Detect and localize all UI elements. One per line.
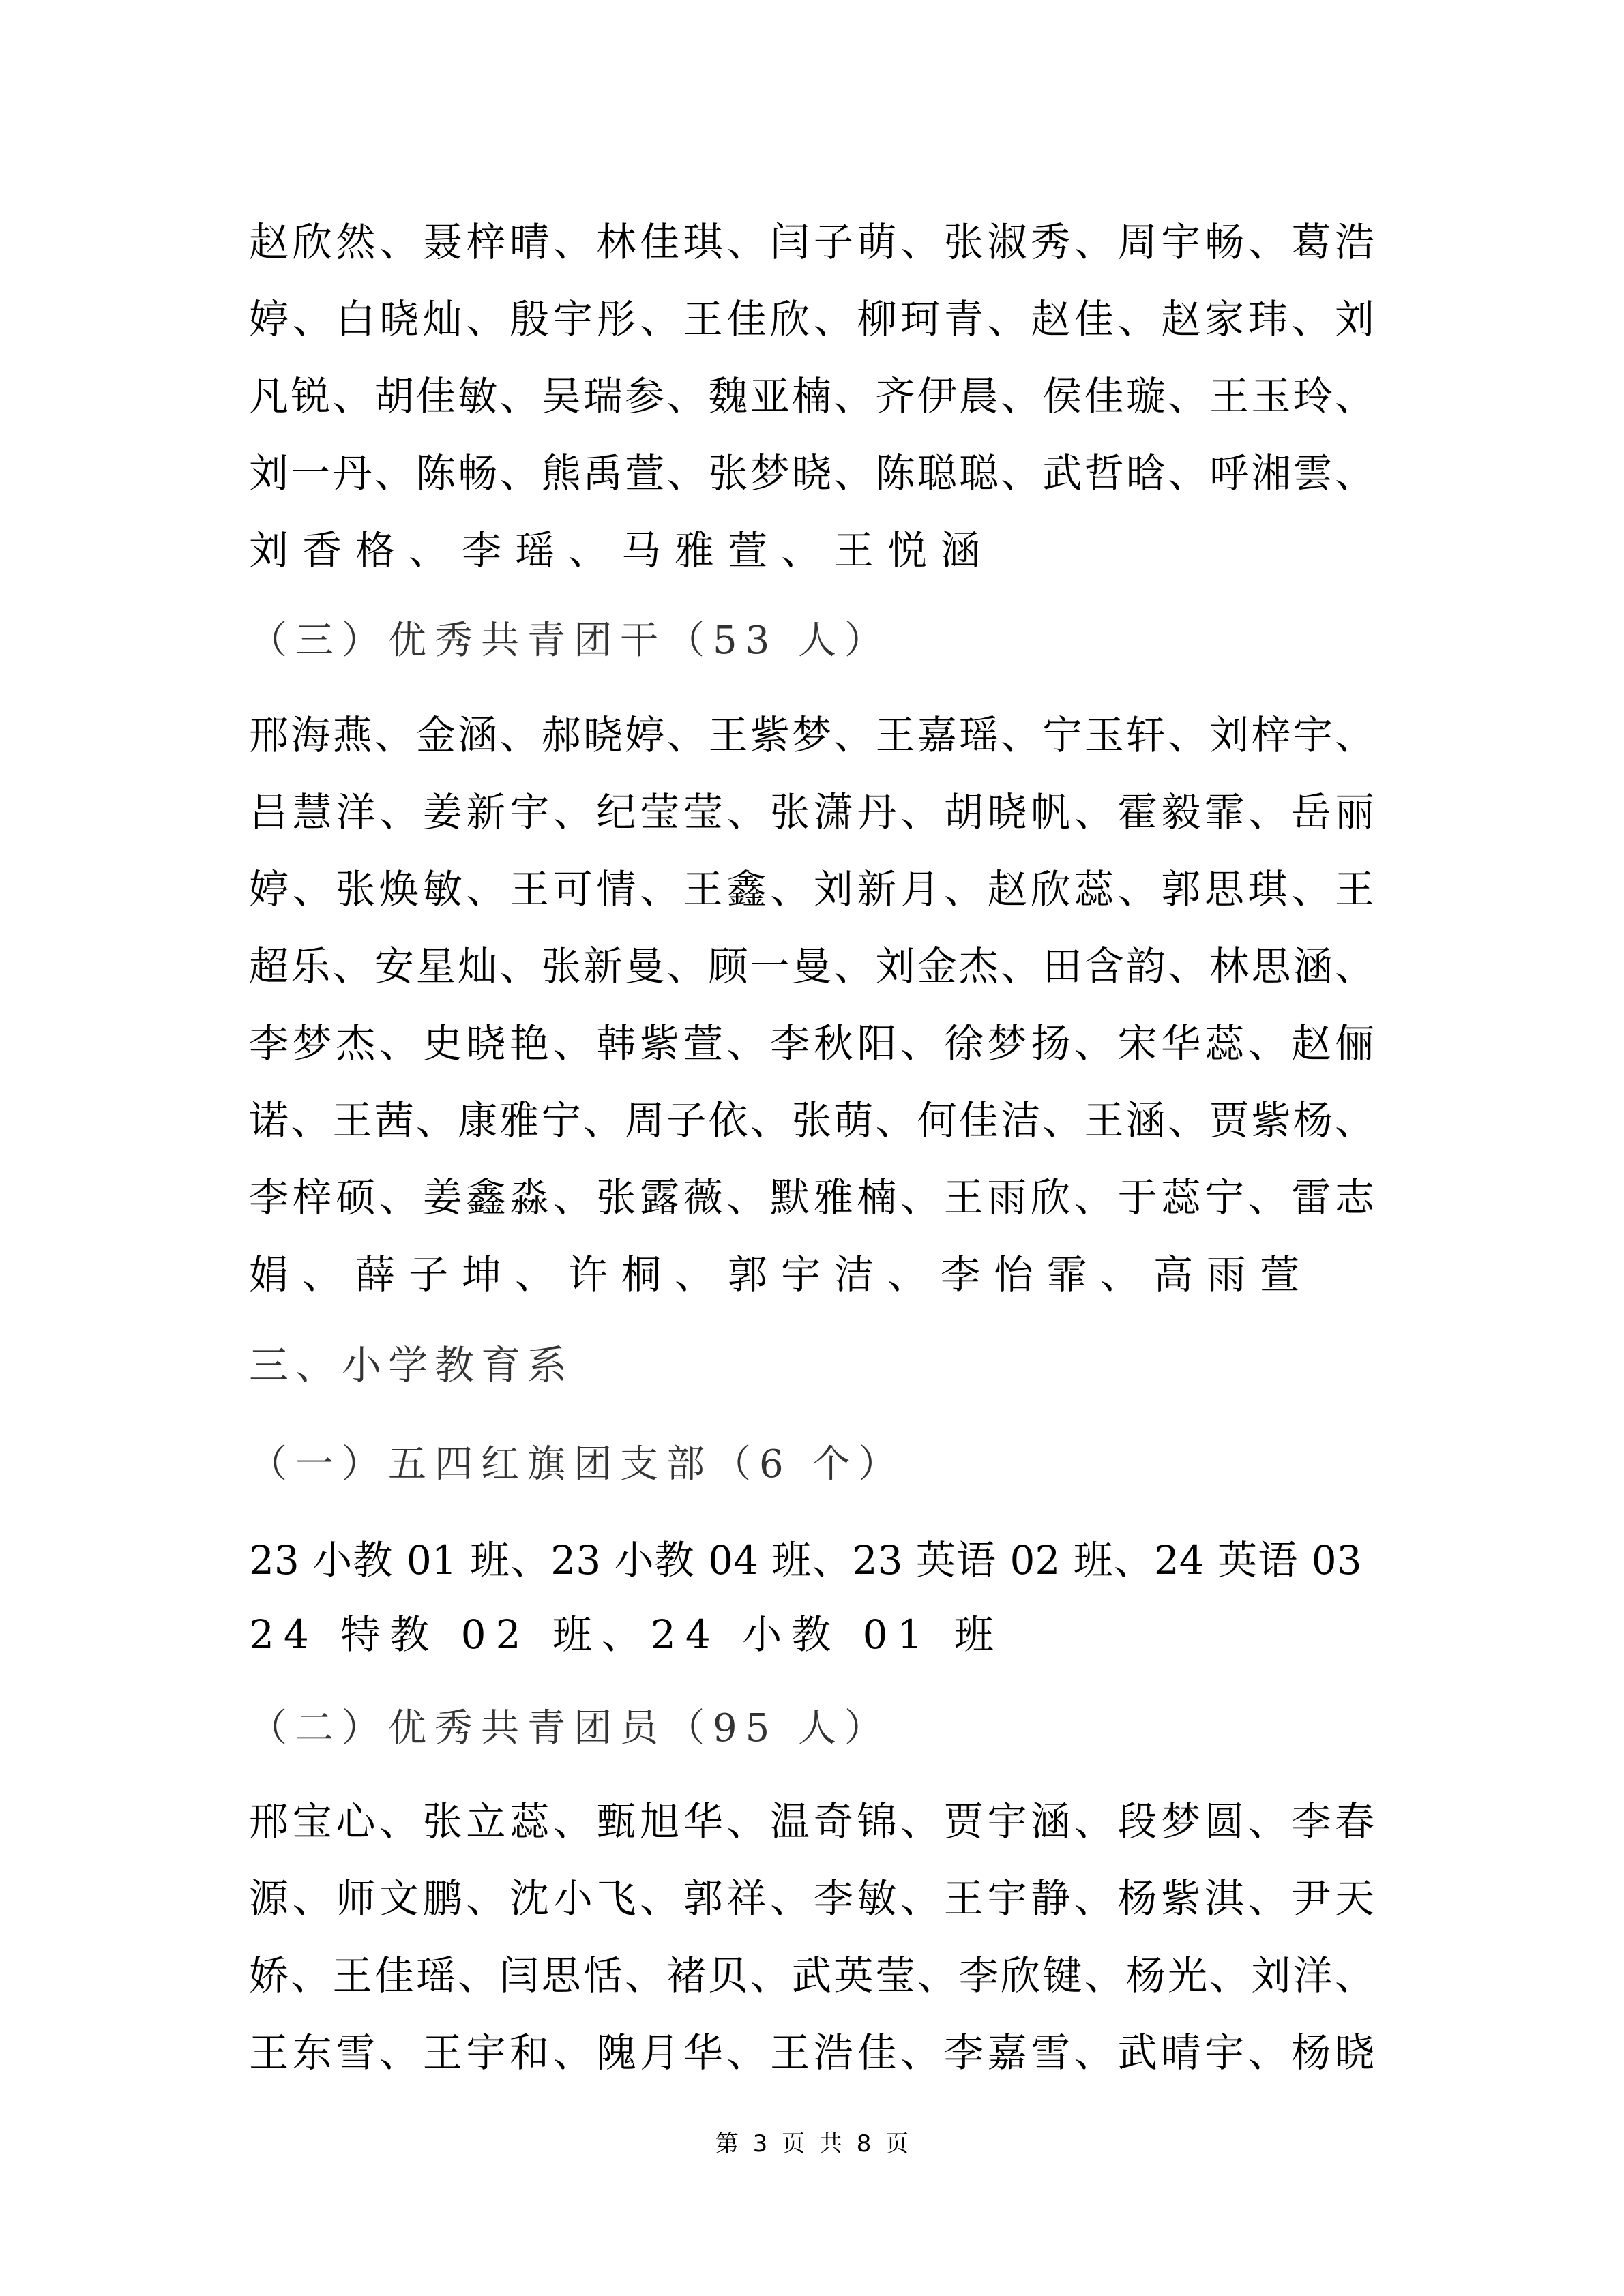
text-line: 邢​海​燕​、​金​涵​、​郝​晓​婷​、​王​紫​梦​、​王​嘉​瑶​、​宁​… (249, 711, 1374, 759)
text-line: 李​梓​硕​、​姜​鑫​淼​、​张​露​薇​、​默​雅​楠​、​王​雨​欣​、​… (249, 1174, 1374, 1221)
text-line: 源​、​师​文​鹏​、​沈​小​飞​、​郭​祥​、​李​敏​、​王​宇​静​、​… (249, 1875, 1374, 1922)
text-line: 邢​宝​心​、​张​立​蕊​、​甄​旭​华​、​温​奇​锦​、​贾​宇​涵​、​… (249, 1798, 1374, 1845)
text-line: 娇​、​王​佳​瑶​、​闫​思​恬​、​褚​贝​、​武​英​莹​、​李​欣​键​… (249, 1952, 1374, 1999)
subsection-heading-red-flag-branches: （一）五四红旗团支部（6 个） (249, 1441, 904, 1489)
text-line: 刘​一​丹​、​陈​畅​、​熊​禹​萱​、​张​梦​晓​、​陈​聪​聪​、​武​… (249, 449, 1374, 497)
text-line: 诺​、​王​茜​、​康​雅​宁​、​周​子​依​、​张​萌​、​何​佳​洁​、​… (249, 1097, 1374, 1144)
text-line: 王​东​雪​、​王​宇​和​、​隗​月​华​、​王​浩​佳​、​李​嘉​雪​、​… (249, 2029, 1374, 2076)
text-line: 婷​、​白​晓​灿​、​殷​宇​彤​、​王​佳​欣​、​柳​珂​青​、​赵​佳​… (249, 295, 1374, 343)
subsection-heading-excellent-members: （二）优秀共青团员（95 人） (249, 1705, 891, 1753)
text-line: 吕​慧​洋​、​姜​新​宇​、​纪​莹​莹​、​张​潇​丹​、​胡​晓​帆​、​… (249, 788, 1374, 836)
document-page: 赵​欣​然​、​聂​梓​晴​、​林​佳​琪​、​闫​子​萌​、​张​淑​秀​、​… (0, 0, 1624, 2296)
text-line: 李​梦​杰​、​史​晓​艳​、​韩​紫​萱​、​李​秋​阳​、​徐​梦​扬​、​… (249, 1019, 1374, 1067)
page-number-footer: 第 3 页 共 8 页 (0, 2129, 1624, 2159)
text-line: 2​3​ ​小​教​ ​0​1​ ​班​、​2​3​ ​小​教​ ​0​4​ ​… (249, 1536, 1374, 1584)
text-line: 凡​锐​、​胡​佳​敏​、​吴​瑞​参​、​魏​亚​楠​、​齐​伊​晨​、​侯​… (249, 372, 1374, 420)
section-heading-primary-education: 三、小学教育系 (249, 1341, 574, 1390)
text-line: 婷​、​张​焕​敏​、​王​可​情​、​王​鑫​、​刘​新​月​、​赵​欣​蕊​… (249, 865, 1374, 913)
subsection-heading-cadres: （三）优秀共青团干（53 人） (249, 617, 891, 665)
text-line: 娟、薛子坤、许桐、郭宇洁、李怡霏、高雨萱 (249, 1251, 1374, 1298)
text-line: 刘香格、李瑶、马雅萱、王悦涵 (249, 526, 1374, 574)
text-line: 超​乐​、​安​星​灿​、​张​新​曼​、​顾​一​曼​、​刘​金​杰​、​田​… (249, 942, 1374, 990)
text-line: 24 特教 02 班、24 小教 01 班 (249, 1611, 1374, 1658)
text-line: 赵​欣​然​、​聂​梓​晴​、​林​佳​琪​、​闫​子​萌​、​张​淑​秀​、​… (249, 218, 1374, 266)
